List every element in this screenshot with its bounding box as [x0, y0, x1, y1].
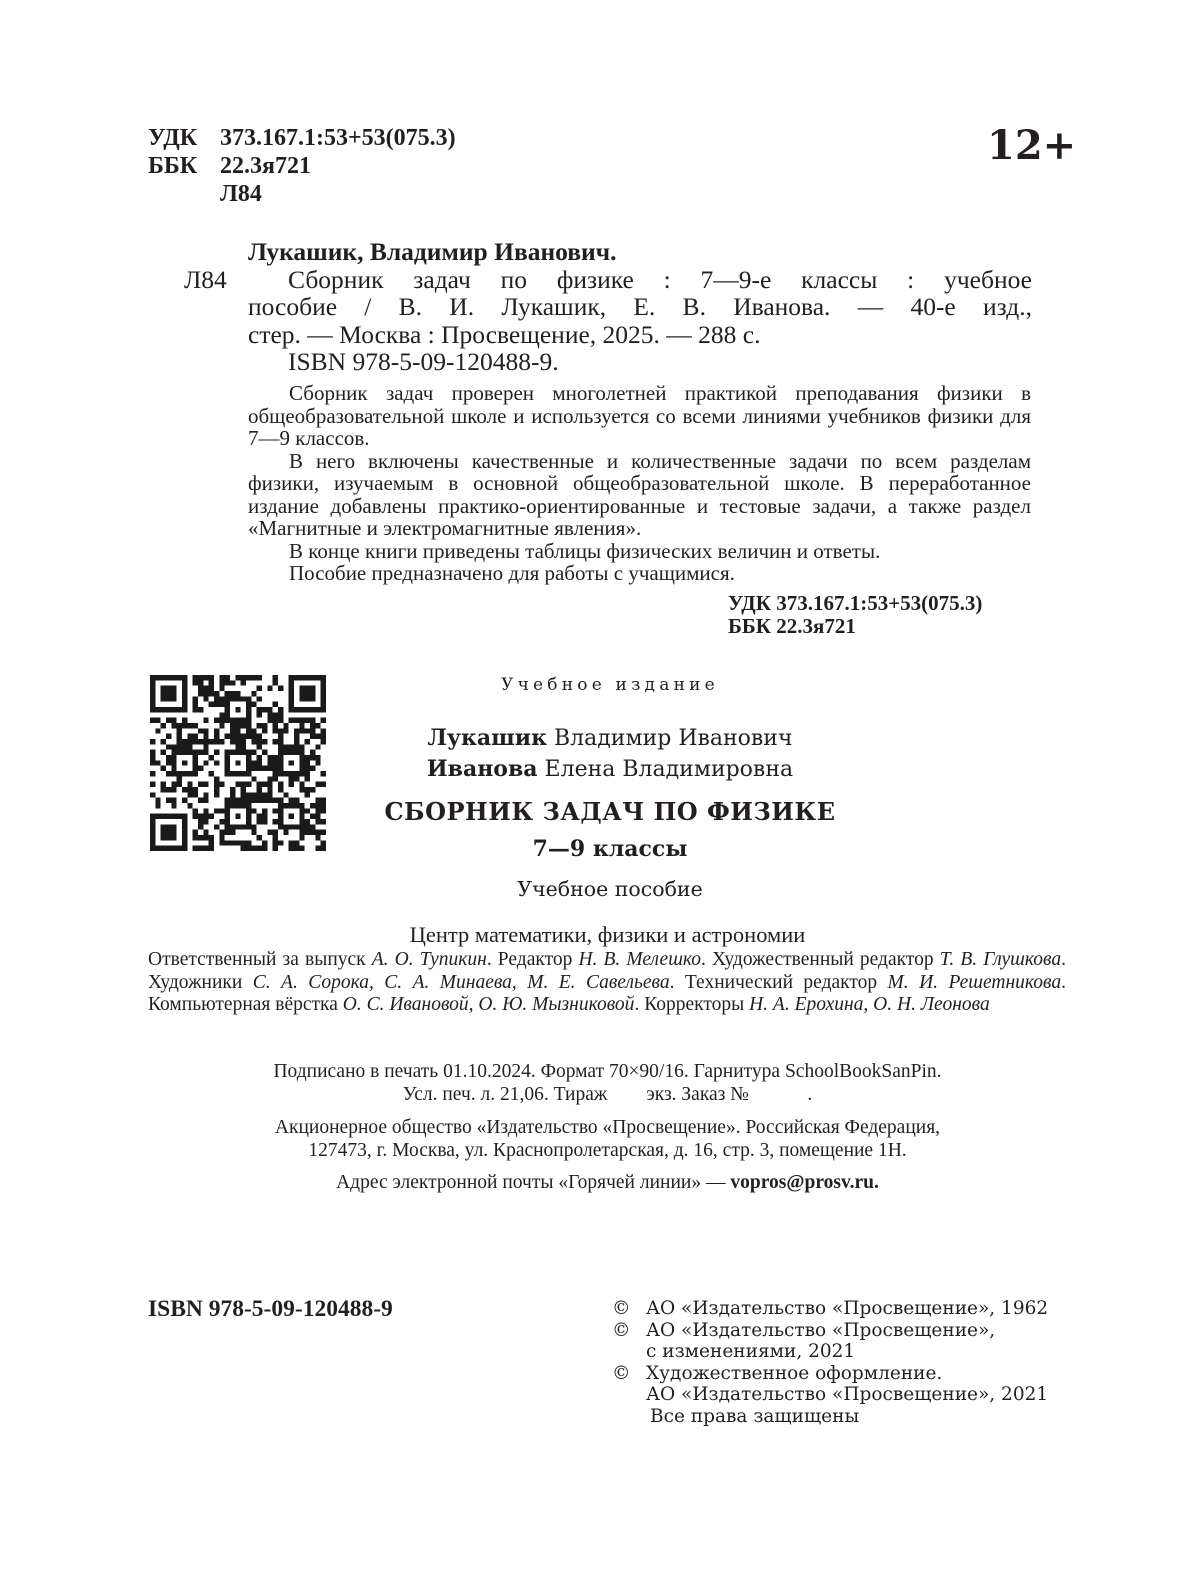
authors: Лукашик Владимир Иванович Иванова Елена …: [350, 723, 870, 785]
author-given: Владимир Иванович: [554, 726, 793, 751]
book-title: СБОРНИК ЗАДАЧ ПО ФИЗИКЕ: [350, 797, 870, 826]
bib-line: Сборник задач по физике : 7—9-е классы :…: [248, 266, 1032, 294]
credit-role: Корректоры: [644, 994, 749, 1015]
credit-name: Н. В. Мелешко: [578, 949, 701, 970]
copyright-icon: ©: [612, 1320, 646, 1363]
edition-kind: Учебное пособие: [350, 877, 870, 901]
bib-description: Сборник задач по физике : 7—9-е классы :…: [184, 266, 1032, 349]
udk-label: УДК: [148, 124, 220, 152]
annotation-paragraph: Сборник задач проверен многолетней практ…: [248, 382, 1031, 450]
author-line: Лукашик Владимир Иванович: [350, 723, 870, 754]
credits: Ответственный за выпуск А. О. Тупикин. Р…: [148, 949, 1066, 1017]
rights-reserved: Все права защищены: [612, 1406, 1048, 1428]
classification-header: УДК373.167.1:53+53(075.3) ББК22.3я721 Л8…: [148, 124, 456, 208]
copyright-icon: ©: [612, 1363, 646, 1406]
annotation-udk: УДК 373.167.1:53+53(075.3): [728, 592, 982, 615]
author-line: Иванова Елена Владимировна: [350, 754, 870, 785]
copyright-item: ©Художественное оформление.АО «Издательс…: [612, 1363, 1048, 1406]
bbk-value: 22.3я721: [220, 152, 311, 180]
annotation-classification: УДК 373.167.1:53+53(075.3) ББК 22.3я721: [728, 592, 982, 638]
credit-role: Компьютерная вёрстка: [148, 994, 343, 1015]
hotline-info: Адрес электронной почты «Горячей линии» …: [150, 1171, 1065, 1194]
credit-role: Художественный редактор: [712, 949, 940, 970]
annotation-paragraph: В конце книги приведены таблицы физическ…: [248, 540, 1031, 563]
email-prefix: Адрес электронной почты «Горячей линии» …: [336, 1172, 730, 1193]
author-sign: Л84: [220, 180, 262, 208]
copyright-item: ©АО «Издательство «Просвещение»,с измене…: [612, 1320, 1048, 1363]
author-sign-code: Л84: [184, 266, 227, 294]
editorial-center: Центр математики, физики и астрономии: [150, 922, 1065, 948]
copyright-block: ©АО «Издательство «Просвещение», 1962©АО…: [612, 1298, 1048, 1427]
bib-isbn: ISBN 978-5-09-120488-9.: [184, 348, 1032, 376]
print-info: Подписано в печать 01.10.2024. Формат 70…: [150, 1060, 1065, 1106]
copyright-icon: ©: [612, 1298, 646, 1320]
grades: 7—9 классы: [350, 836, 870, 862]
bib-line: пособие / В. И. Лукашик, Е. В. Иванова. …: [248, 293, 1032, 321]
email-link[interactable]: vopros@prosv.ru.: [730, 1172, 879, 1193]
credit-name: Т. В. Глушкова: [940, 949, 1061, 970]
credit-role: Художники: [148, 972, 253, 993]
annotation-bbk: ББК 22.3я721: [728, 615, 982, 638]
author-given: Елена Владимировна: [545, 757, 794, 782]
copyright-item: ©АО «Издательство «Просвещение», 1962: [612, 1298, 1048, 1320]
credit-name: А. О. Тупикин: [372, 949, 487, 970]
edition-type: Учебное издание: [350, 675, 870, 695]
bbk-label: ББК: [148, 152, 220, 180]
annotation-paragraph: В него включены качественные и количеств…: [248, 450, 1031, 540]
author-surname: Иванова: [427, 756, 538, 782]
credit-role: Редактор: [498, 949, 579, 970]
publisher-line: Акционерное общество «Издательство «Прос…: [150, 1116, 1065, 1139]
bibliographic-record: Лукашик, Владимир Иванович. Л84 Сборник …: [184, 238, 1032, 376]
publisher-address: 127473, г. Москва, ул. Краснопролетарска…: [150, 1139, 1065, 1162]
bib-line: стер. — Москва : Просвещение, 2025. — 28…: [248, 321, 1032, 349]
credit-name: С. А. Сорока, С. А. Минаева, М. Е. Савел…: [253, 972, 670, 993]
qr-code-icon[interactable]: [150, 675, 326, 851]
credit-name: М. И. Решетникова: [888, 972, 1062, 993]
signed-line: Подписано в печать 01.10.2024. Формат 70…: [150, 1060, 1065, 1083]
credit-role: Технический редактор: [685, 972, 888, 993]
udk-value: 373.167.1:53+53(075.3): [220, 124, 456, 152]
credit-role: Ответственный за выпуск: [148, 949, 372, 970]
sheets-line: Усл. печ. л. 21,06. Тираж экз. Заказ № .: [150, 1083, 1065, 1106]
age-rating: 12+: [987, 122, 1076, 169]
credit-name: Н. А. Ерохина, О. Н. Леонова: [749, 994, 990, 1015]
annotation: Сборник задач проверен многолетней практ…: [248, 382, 1031, 585]
annotation-paragraph: Пособие предназначено для работы с учащи…: [248, 562, 1031, 585]
author-heading: Лукашик, Владимир Иванович.: [184, 238, 1032, 266]
credit-name: О. С. Ивановой, О. Ю. Мызниковой: [343, 994, 635, 1015]
author-surname: Лукашик: [427, 725, 547, 751]
isbn: ISBN 978-5-09-120488-9: [148, 1296, 393, 1323]
publisher-info: Акционерное общество «Издательство «Прос…: [150, 1116, 1065, 1162]
